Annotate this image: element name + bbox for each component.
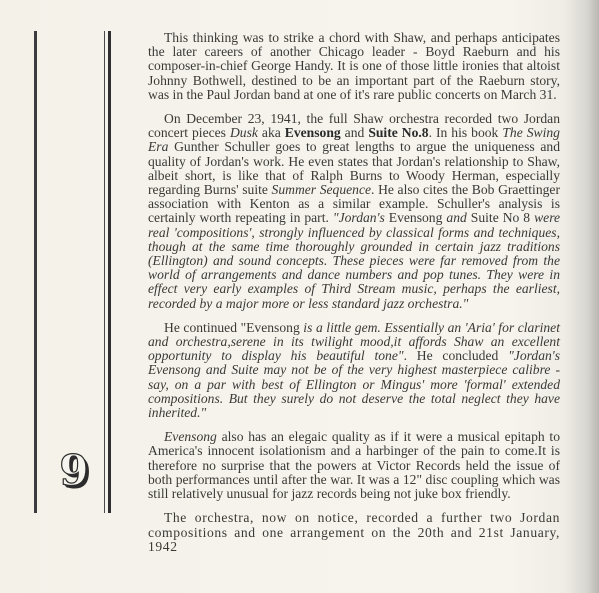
text-run: Suite No.8 xyxy=(368,125,428,140)
text-run: Evensong xyxy=(285,125,341,140)
text-run: Dusk xyxy=(230,125,258,140)
text-run: The orchestra, now on notice, recorded a… xyxy=(148,510,560,553)
text-run: and xyxy=(442,210,470,225)
text-run: Evensong xyxy=(164,429,217,444)
paragraph-1: This thinking was to strike a chord with… xyxy=(148,31,560,102)
text-run: Suite No 8 xyxy=(471,210,530,225)
inner-thin-vertical-rule xyxy=(104,31,105,513)
text-run: Evensong xyxy=(389,210,443,225)
inner-thick-vertical-rule xyxy=(108,31,111,513)
booklet-page: 9 This thinking was to strike a chord wi… xyxy=(0,0,599,593)
page-number: 9 xyxy=(58,446,90,496)
text-run: aka xyxy=(258,125,285,140)
text-run: . In his book xyxy=(429,125,503,140)
text-run: and xyxy=(341,125,369,140)
text-run: This thinking was to strike a chord with… xyxy=(148,30,560,102)
text-run: were real 'compositions', strongly influ… xyxy=(148,210,560,310)
paragraph-5: The orchestra, now on notice, recorded a… xyxy=(148,511,560,554)
left-vertical-rule xyxy=(34,31,37,513)
text-run: "Jordan's xyxy=(333,210,389,225)
body-text-column: This thinking was to strike a chord with… xyxy=(148,31,560,564)
paragraph-2: On December 23, 1941, the full Shaw orch… xyxy=(148,112,560,311)
text-run: He continued "Evensong xyxy=(164,320,300,335)
paragraph-4: Evensong also has an elegaic quality as … xyxy=(148,430,560,501)
text-run: . He concluded xyxy=(404,348,509,363)
paragraph-3: He continued "Evensong is a little gem. … xyxy=(148,321,560,420)
text-run: Summer Sequence xyxy=(272,182,372,197)
